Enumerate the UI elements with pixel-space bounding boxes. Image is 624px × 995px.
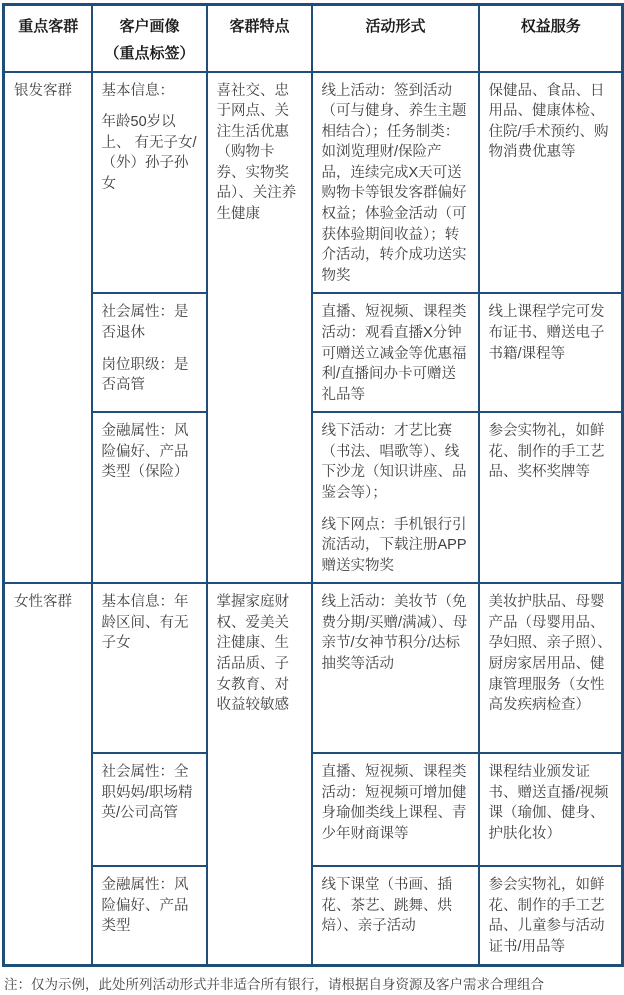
portrait-paragraph: 岗位职级：是否高管 <box>102 355 198 396</box>
activity-paragraph: 线下活动：才艺比赛（书法、唱歌等）、线下沙龙（知识讲座、品鉴会等）； <box>322 421 470 503</box>
silver-portrait-social-cell: 社会属性：是否退休 岗位职级：是否高管 <box>92 293 207 412</box>
female-portrait-basic-cell: 基本信息：年龄区间、有无子女 <box>92 583 207 753</box>
female-activities-live-cell: 直播、短视频、课程类活动：短视频可增加健身瑜伽类线上课程、青少年财商课等 <box>312 753 479 866</box>
benefit-paragraph: 美妆护肤品、母婴产品（母婴用品、孕妇照、亲子照）、厨房家居用品、健康管理服务（女… <box>489 592 614 715</box>
header-customer-portrait: 客户画像 （重点标签） <box>92 5 207 72</box>
footnote: 注：仅为示例，此处所列活动形式并非适合所有银行，请根据自身资源及客户需求合理组合 <box>4 976 622 995</box>
silver-portrait-basic-cell: 基本信息： 年龄50岁以上、 有无子女/（外）孙子孙女 <box>92 72 207 294</box>
silver-benefits-gift-cell: 参会实物礼，如鲜花、制作的手工艺品、奖杯奖牌等 <box>479 412 623 583</box>
female-portrait-social-cell: 社会属性：全职妈妈/职场精英/公司高管 <box>92 753 207 866</box>
female-activities-online-cell: 线上活动：美妆节（免费分期/买赠/满减）、母亲节/女神节积分/达标抽奖等活动 <box>312 583 479 753</box>
table-header-row: 重点客群 客户画像 （重点标签） 客群特点 活动形式 权益服务 <box>4 5 623 72</box>
header-key-segment-label: 重点客群 <box>14 16 83 37</box>
benefit-paragraph: 线上课程学完可发布证书、赠送电子书籍/课程等 <box>489 302 614 364</box>
activity-paragraph: 线下课堂（书画、插花、茶艺、跳舞、烘焙）、亲子活动 <box>322 875 470 937</box>
benefit-paragraph: 参会实物礼，如鲜花、制作的手工艺品、奖杯奖牌等 <box>489 421 614 483</box>
table-row: 金融属性：风险偏好、产品类型 线下课堂（书画、插花、茶艺、跳舞、烘焙）、亲子活动… <box>4 866 623 965</box>
silver-benefits-course-cell: 线上课程学完可发布证书、赠送电子书籍/课程等 <box>479 293 623 412</box>
document-page: 重点客群 客户画像 （重点标签） 客群特点 活动形式 权益服务 银发客群 基本信… <box>0 0 624 908</box>
table-row: 银发客群 基本信息： 年龄50岁以上、 有无子女/（外）孙子孙女 喜社交、忠于网… <box>4 72 623 294</box>
table-row: 金融属性：风险偏好、产品类型（保险） 线下活动：才艺比赛（书法、唱歌等）、线下沙… <box>4 412 623 583</box>
group-silver-name: 银发客群 <box>14 81 83 102</box>
female-benefits-gift-cell: 参会实物礼，如鲜花、制作的手工艺品、儿童参与活动证书/用品等 <box>479 866 623 965</box>
header-benefit-services-label: 权益服务 <box>489 16 614 37</box>
silver-benefits-goods-cell: 保健品、食品、日用品、健康体检、住院/手术预约、购物消费优惠等 <box>479 72 623 294</box>
traits-paragraph: 掌握家庭财权、爱美关注健康、生活品质、子女教育、对收益较敏感 <box>217 592 303 715</box>
header-activity-forms-label: 活动形式 <box>322 16 470 37</box>
silver-activities-online-cell: 线上活动：签到活动（可与健身、养生主题相结合）；任务制类：如浏览理财/保险产品，… <box>312 72 479 294</box>
activity-paragraph: 直播、短视频、课程类活动：观看直播X分钟可赠送立减金等优惠福利/直播间办卡可赠送… <box>322 302 470 405</box>
activity-paragraph: 直播、短视频、课程类活动：短视频可增加健身瑜伽类线上课程、青少年财商课等 <box>322 762 470 844</box>
table-row: 社会属性：全职妈妈/职场精英/公司高管 直播、短视频、课程类活动：短视频可增加健… <box>4 753 623 866</box>
customer-segment-table: 重点客群 客户画像 （重点标签） 客群特点 活动形式 权益服务 银发客群 基本信… <box>2 3 624 967</box>
benefit-paragraph: 参会实物礼，如鲜花、制作的手工艺品、儿童参与活动证书/用品等 <box>489 875 614 957</box>
portrait-paragraph: 年龄50岁以上、 有无子女/（外）孙子孙女 <box>102 112 198 194</box>
female-activities-offline-cell: 线下课堂（书画、插花、茶艺、跳舞、烘焙）、亲子活动 <box>312 866 479 965</box>
group-female-name: 女性客群 <box>14 592 83 613</box>
header-benefit-services: 权益服务 <box>479 5 623 72</box>
table-row: 女性客群 基本信息：年龄区间、有无子女 掌握家庭财权、爱美关注健康、生活品质、子… <box>4 583 623 753</box>
female-portrait-financial-cell: 金融属性：风险偏好、产品类型 <box>92 866 207 965</box>
activity-paragraph: 线下网点：手机银行引流活动，下载注册APP赠送实物奖 <box>322 515 470 577</box>
traits-paragraph: 喜社交、忠于网点、关注生活优惠（购物卡券、实物奖品）、关注养生健康 <box>217 81 303 225</box>
header-key-segment: 重点客群 <box>4 5 92 72</box>
portrait-paragraph: 基本信息： <box>102 81 198 102</box>
portrait-paragraph: 金融属性：风险偏好、产品类型 <box>102 875 198 937</box>
portrait-paragraph: 基本信息：年龄区间、有无子女 <box>102 592 198 654</box>
portrait-paragraph: 社会属性：全职妈妈/职场精英/公司高管 <box>102 762 198 824</box>
silver-portrait-financial-cell: 金融属性：风险偏好、产品类型（保险） <box>92 412 207 583</box>
header-activity-forms: 活动形式 <box>312 5 479 72</box>
portrait-paragraph: 金融属性：风险偏好、产品类型（保险） <box>102 421 198 483</box>
benefit-paragraph: 课程结业颁发证书、赠送直播/视频课（瑜伽、健身、护肤化妆） <box>489 762 614 844</box>
group-silver-name-cell: 银发客群 <box>4 72 92 584</box>
activity-paragraph: 线上活动：美妆节（免费分期/买赠/满减）、母亲节/女神节积分/达标抽奖等活动 <box>322 592 470 674</box>
activity-paragraph: 线上活动：签到活动（可与健身、养生主题相结合）；任务制类：如浏览理财/保险产品，… <box>322 81 470 287</box>
table-row: 社会属性：是否退休 岗位职级：是否高管 直播、短视频、课程类活动：观看直播X分钟… <box>4 293 623 412</box>
silver-activities-offline-cell: 线下活动：才艺比赛（书法、唱歌等）、线下沙龙（知识讲座、品鉴会等）； 线下网点：… <box>312 412 479 583</box>
female-benefits-course-cell: 课程结业颁发证书、赠送直播/视频课（瑜伽、健身、护肤化妆） <box>479 753 623 866</box>
header-segment-traits-label: 客群特点 <box>217 16 303 37</box>
header-portrait-line2: （重点标签） <box>102 43 198 64</box>
header-segment-traits: 客群特点 <box>207 5 312 72</box>
silver-traits-cell: 喜社交、忠于网点、关注生活优惠（购物卡券、实物奖品）、关注养生健康 <box>207 72 312 584</box>
benefit-paragraph: 保健品、食品、日用品、健康体检、住院/手术预约、购物消费优惠等 <box>489 81 614 163</box>
portrait-paragraph: 社会属性：是否退休 <box>102 302 198 343</box>
header-portrait-line1: 客户画像 <box>102 16 198 37</box>
silver-activities-live-cell: 直播、短视频、课程类活动：观看直播X分钟可赠送立减金等优惠福利/直播间办卡可赠送… <box>312 293 479 412</box>
female-benefits-goods-cell: 美妆护肤品、母婴产品（母婴用品、孕妇照、亲子照）、厨房家居用品、健康管理服务（女… <box>479 583 623 753</box>
